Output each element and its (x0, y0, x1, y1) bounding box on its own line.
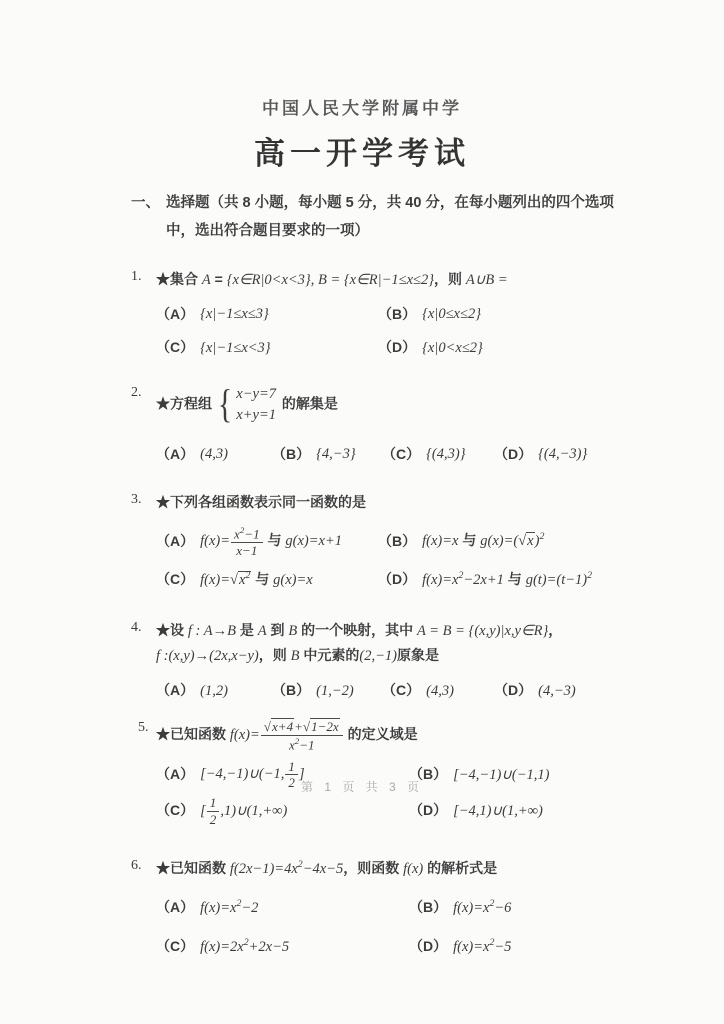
option-value: f(x)=2x2+2x−5 (200, 935, 289, 960)
option-c: （C）(4,3) (382, 679, 494, 704)
option-c: （C）f(x)=2x2+2x−5 (156, 935, 409, 960)
option-value: (1,2) (200, 679, 228, 704)
question-stem: ★设 f : A→B 是 A 到 B 的一个映射，其中 A = B = {(x,… (156, 619, 618, 668)
option-label: （D） (378, 336, 416, 360)
option-d: （D）f(x)=x2−5 (409, 935, 618, 960)
question-list: 1. ★集合 A = {x∈R|0<x<3}, B = {x∈R|−1≤x≤2}… (131, 268, 618, 960)
option-label: （A） (156, 896, 194, 920)
option-label: （B） (272, 443, 310, 467)
option-value: (4,−3) (538, 679, 576, 704)
option-label: （D） (409, 935, 447, 959)
option-label: （D） (409, 799, 447, 823)
question-number: 2. (131, 384, 156, 401)
option-c: （C）{(4,3)} (382, 442, 494, 467)
option-label: （D） (378, 568, 416, 592)
question-2: 2. ★方程组 {x−y=7x+y=1 的解集是 （A）(4,3) （B）{4,… (131, 384, 618, 467)
option-value: f(x)=x2−1x−1 与 g(x)=x+1 (200, 525, 342, 559)
question-number: 4. (131, 619, 156, 636)
option-value: {x|−1≤x≤3} (200, 302, 269, 327)
option-label: （C） (382, 443, 420, 467)
question-number: 3. (131, 491, 156, 508)
option-b: （B）{x|0≤x≤2} (378, 302, 618, 327)
section-number: 一、 (131, 189, 160, 246)
question-3: 3. ★下列各组函数表示同一函数的是 （A）f(x)=x2−1x−1 与 g(x… (131, 491, 618, 592)
school-name: 中国人民大学附属中学 (0, 0, 724, 119)
option-a: （A）f(x)=x2−1x−1 与 g(x)=x+1 (156, 525, 378, 559)
options: （A）(4,3) （B）{4,−3} （C）{(4,3)} （D）{(4,−3)… (156, 442, 618, 467)
option-b: （B）{4,−3} (272, 442, 382, 467)
question-stem: ★下列各组函数表示同一函数的是 (156, 491, 618, 515)
option-d: （D）{x|0<x≤2} (378, 336, 618, 361)
option-value: {x|0<x≤2} (422, 336, 483, 361)
option-value: [−4,1)∪(1,+∞) (453, 799, 543, 824)
option-label: （A） (156, 303, 194, 327)
option-label: （B） (272, 679, 310, 703)
option-value: (4,3) (426, 679, 454, 704)
question-5: 5. ★已知函数 f(x)=√x+4+√1−2xx2−1 的定义域是 （A）[−… (131, 719, 618, 827)
option-label: （D） (494, 443, 532, 467)
options: （A）(1,2) （B）(1,−2) （C）(4,3) （D）(4,−3) (156, 679, 618, 704)
option-value: {x|0≤x≤2} (422, 302, 481, 327)
option-value: {4,−3} (316, 442, 356, 467)
option-label: （A） (156, 679, 194, 703)
option-label: （B） (378, 530, 416, 554)
question-6: 6. ★已知函数 f(2x−1)=4x2−4x−5，则函数 f(x) 的解析式是… (131, 857, 618, 959)
option-value: f(x)=x2−2x+1 与 g(t)=(t−1)2 (422, 568, 592, 593)
option-value: f(x)=x2−6 (453, 896, 511, 921)
question-stem: ★方程组 {x−y=7x+y=1 的解集是 (156, 384, 618, 426)
question-stem: ★已知函数 f(2x−1)=4x2−4x−5，则函数 f(x) 的解析式是 (156, 857, 618, 882)
question-number: 1. (131, 268, 156, 285)
options: （A）{x|−1≤x≤3} （B）{x|0≤x≤2} （C）{x|−1≤x<3}… (156, 302, 618, 360)
option-label: （C） (156, 568, 194, 592)
option-a: （A）(1,2) (156, 679, 272, 704)
option-value: (1,−2) (316, 679, 354, 704)
option-value: [12,1)∪(1,+∞) (200, 795, 287, 827)
option-label: （C） (156, 799, 194, 823)
option-value: (4,3) (200, 442, 228, 467)
option-label: （A） (156, 443, 194, 467)
option-label: （C） (156, 935, 194, 959)
option-value: {(4,−3)} (538, 442, 587, 467)
option-value: f(x)=√x2 与 g(x)=x (200, 568, 313, 593)
question-number: 5. (131, 719, 156, 736)
option-b: （B）f(x)=x2−6 (409, 896, 618, 921)
option-a: （A）(4,3) (156, 442, 272, 467)
option-b: （B）f(x)=x 与 g(x)=(√x)2 (378, 525, 618, 559)
option-value: f(x)=x2−5 (453, 935, 511, 960)
option-d: （D）{(4,−3)} (494, 442, 618, 467)
option-value: f(x)=x2−2 (200, 896, 258, 921)
option-d: （D）[−4,1)∪(1,+∞) (409, 795, 618, 827)
section-heading: 一、 选择题（共 8 小题，每小题 5 分，共 40 分，在每小题列出的四个选项… (131, 189, 616, 246)
options: （A）f(x)=x2−1x−1 与 g(x)=x+1 （B）f(x)=x 与 g… (156, 525, 618, 592)
option-a: （A）{x|−1≤x≤3} (156, 302, 378, 327)
exam-title: 高一开学考试 (0, 128, 724, 173)
question-stem: ★集合 A = {x∈R|0<x<3}, B = {x∈R|−1≤x≤2}，则 … (156, 268, 618, 293)
option-value: f(x)=x 与 g(x)=(√x)2 (422, 529, 544, 554)
option-c: （C）f(x)=√x2 与 g(x)=x (156, 568, 378, 593)
option-label: （C） (156, 336, 194, 360)
option-label: （B） (409, 896, 447, 920)
option-c: （C）{x|−1≤x<3} (156, 336, 378, 361)
option-label: （C） (382, 679, 420, 703)
option-value: {x|−1≤x<3} (200, 336, 270, 361)
exam-page: 中国人民大学附属中学 高一开学考试 一、 选择题（共 8 小题，每小题 5 分，… (0, 0, 724, 1024)
option-c: （C）[12,1)∪(1,+∞) (156, 795, 409, 827)
section-instructions: 选择题（共 8 小题，每小题 5 分，共 40 分，在每小题列出的四个选项中，选… (166, 189, 616, 246)
question-4: 4. ★设 f : A→B 是 A 到 B 的一个映射，其中 A = B = {… (131, 619, 618, 703)
question-stem: ★已知函数 f(x)=√x+4+√1−2xx2−1 的定义域是 (156, 719, 618, 753)
question-1: 1. ★集合 A = {x∈R|0<x<3}, B = {x∈R|−1≤x≤2}… (131, 268, 618, 361)
option-value: {(4,3)} (426, 442, 465, 467)
option-label: （A） (156, 530, 194, 554)
question-number: 6. (131, 857, 156, 874)
option-label: （D） (494, 679, 532, 703)
option-d: （D）(4,−3) (494, 679, 618, 704)
option-d: （D）f(x)=x2−2x+1 与 g(t)=(t−1)2 (378, 568, 618, 593)
page-footer: 第 1 页 共 3 页 (0, 778, 724, 795)
option-b: （B）(1,−2) (272, 679, 382, 704)
options: （A）f(x)=x2−2 （B）f(x)=x2−6 （C）f(x)=2x2+2x… (156, 896, 618, 959)
option-a: （A）f(x)=x2−2 (156, 896, 409, 921)
option-label: （B） (378, 303, 416, 327)
